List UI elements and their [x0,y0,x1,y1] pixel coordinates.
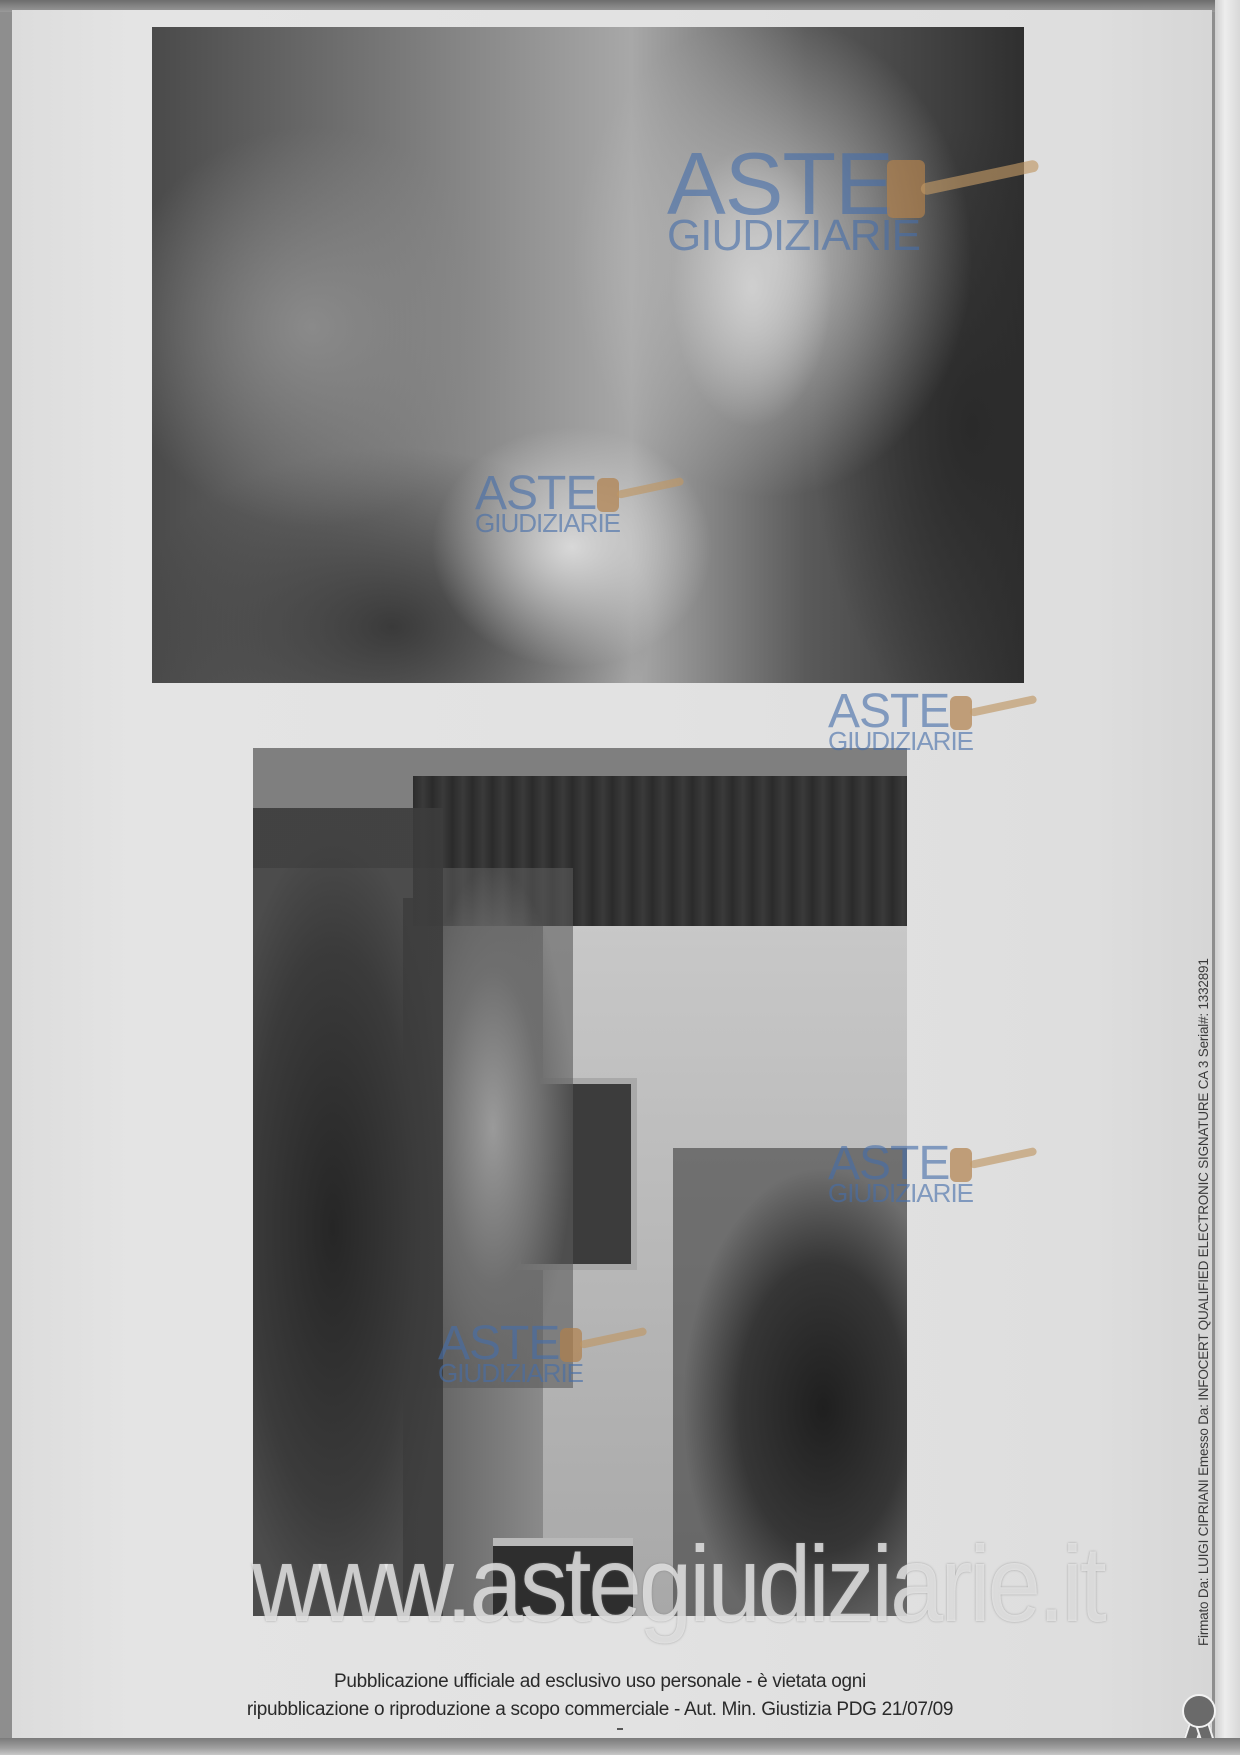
watermark-aste-giudiziarie-large: ASTE GIUDIZIARIE [667,140,920,258]
gavel-icon [597,478,687,524]
watermark-aste-giudiziarie: ASTE GIUDIZIARIE [438,1320,583,1386]
page-mark [617,1728,623,1730]
watermark-aste-giudiziarie: ASTE GIUDIZIARIE [828,688,973,754]
photo-building-facade-trees [152,27,1024,683]
watermark-giudiziarie-text: GIUDIZIARIE [667,214,920,258]
scan-bottom-edge [0,1738,1240,1755]
watermark-aste-giudiziarie: ASTE GIUDIZIARIE [475,470,620,536]
footer-line-2: ripubblicazione o riproduzione a scopo c… [200,1696,1000,1724]
footer-notice: Pubblicazione ufficiale ad esclusivo uso… [200,1668,1000,1724]
digital-signature-text: Firmato Da: LUIGI CIPRIANI Emesso Da: IN… [1196,958,1211,1646]
watermark-aste-giudiziarie: ASTE GIUDIZIARIE [828,1140,973,1206]
gavel-icon [560,1328,650,1374]
watermark-site-url: www.astegiudiziarie.it [252,1523,992,1646]
gavel-icon [950,696,1040,742]
photo-tree-left [253,808,443,1616]
scan-right-margin [1215,0,1240,1755]
gavel-icon [950,1148,1040,1194]
gavel-icon [887,160,1047,240]
footer-line-1: Pubblicazione ufficiale ad esclusivo uso… [200,1668,1000,1696]
photo-building-corner-roof [253,748,907,1616]
